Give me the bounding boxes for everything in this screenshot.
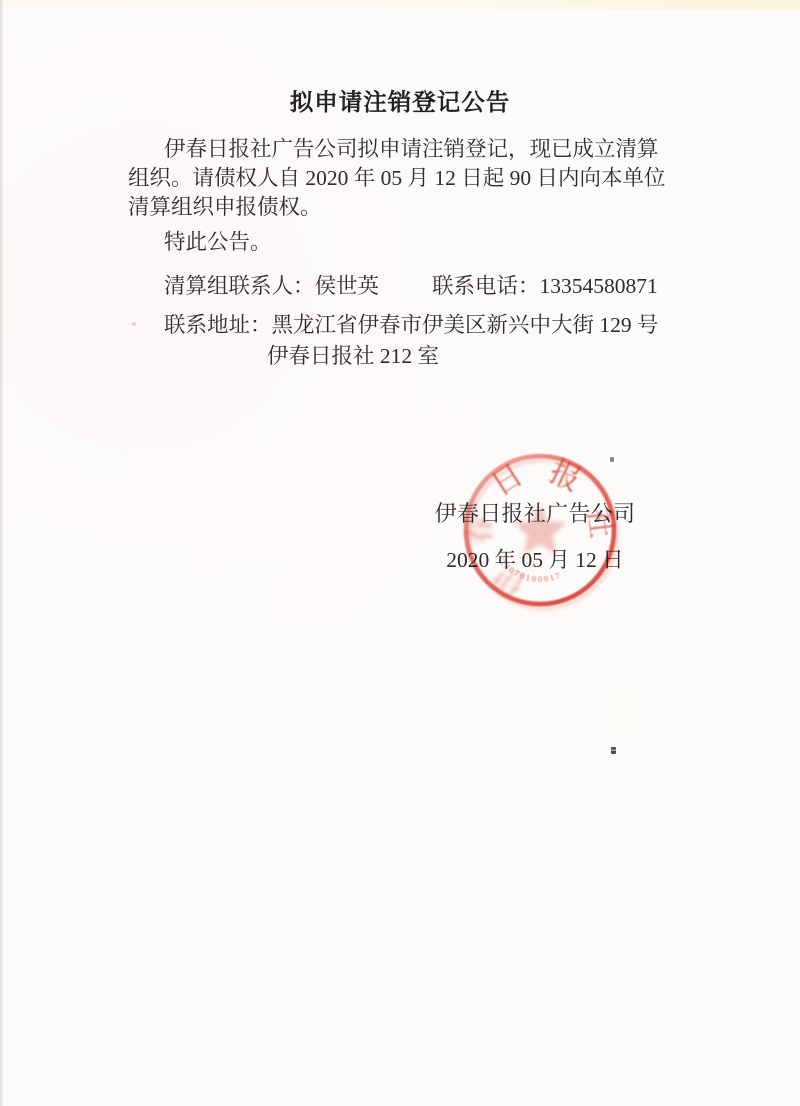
- body-line-2: 组织。请债权人自 2020 年 05 月 12 日起 90 日内向本单位: [128, 164, 660, 193]
- notice-body: 伊春日报社广告公司拟申请注销登记，现已成立清算 组织。请债权人自 2020 年 …: [128, 135, 660, 222]
- signer-company-name: 伊春日报社广告公司: [433, 500, 637, 528]
- contact-phone: 联系电话：13354580871: [432, 272, 658, 301]
- notice-title: 拟申请注销登记公告: [0, 88, 800, 118]
- closing-line: 特此公告。: [164, 228, 272, 257]
- contact-address: 联系地址：黑龙江省伊春市伊美区新兴中大街 129 号 伊春日报社 212 室: [128, 310, 688, 372]
- liquidation-contact-person: 清算组联系人：侯世英: [128, 274, 379, 298]
- address-line-1: 联系地址：黑龙江省伊春市伊美区新兴中大街 129 号: [128, 310, 688, 341]
- body-line-3: 清算组织申报债权。: [128, 193, 660, 222]
- seal-ring-char-3: 日: [486, 458, 529, 502]
- scan-speck: [611, 747, 616, 754]
- address-line-2: 伊春日报社 212 室: [128, 341, 688, 372]
- signature-block: 伊春日报社广告公司 2020 年 05 月 12 日: [433, 500, 637, 574]
- body-line-1: 伊春日报社广告公司拟申请注销登记，现已成立清算: [128, 135, 660, 164]
- scan-speck: [610, 457, 614, 462]
- contact-line: 清算组联系人：侯世英 联系电话：13354580871: [128, 272, 688, 301]
- signature-date: 2020 年 05 月 12 日: [433, 546, 637, 574]
- seal-ring-char-4: 报: [544, 455, 585, 498]
- scanned-notice-page: 拟申请注销登记公告 伊春日报社广告公司拟申请注销登记，现已成立清算 组织。请债权…: [0, 0, 800, 1106]
